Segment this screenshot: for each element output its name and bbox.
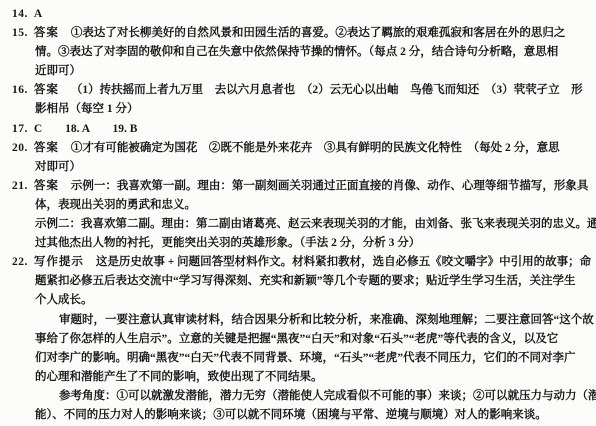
question-number: 17. [12,123,28,135]
line-q21-answer-2: 体，表现出关羽的勇武和忠义。 [12,196,588,215]
answer-label: 答案 [34,142,59,154]
answer-text: ①才有可能被确定为国花 ②既不能是外来花卉 ③具有鲜明的民族文化特性 （每处 2… [71,142,560,154]
answer-text: 的心理和潜能产生了不同的影响，致使出现了不同结果。 [35,371,323,383]
line-q22-hint-7: 的心理和潜能产生了不同的影响，致使出现了不同结果。 [12,368,588,387]
writing-hint-label: 写作提示 [34,256,84,268]
answer-text: 近即可） [35,65,81,77]
answer-text: 体，表现出关羽的勇武和忠义。 [35,199,196,211]
question-number: 20. [12,142,28,154]
answer-text: 情。③表达了对李固的敬仰和自己在失意中依然保持节操的情怀。（每点 2 分，结合诗… [35,46,558,58]
answer-label: 答案 [34,180,59,192]
answer-text: 示例一：我喜欢第一副。理由：第一副刻画关羽通过正面直接的肖像、动作、心理等细节描… [71,180,589,192]
answer-text: 这是历史故事 + 问题回答型材料作文。材料紧扣教材，选自必修五《咬文嚼字》中引用… [96,256,591,268]
line-q22-hint-3: 个人成长。 [12,291,588,310]
line-q16-answer-1: 16.答案（1）抟扶摇而上者九万里 去以六月息者也 （2）云无心以出岫 鸟倦飞而… [12,81,588,100]
question-number: 21. [12,180,28,192]
answer-label: 答案 [34,84,59,96]
line-q22-hint-5: 事给了你怎样的人生启示”。立意的关键是把握“黑夜”“白天”和对象“石头”“老虎”… [12,330,588,349]
line-q22-hint-6: 们对李广的影响。明确“黑夜”“白天”代表不同背景、环境，“石头”“老虎”代表不同… [12,349,588,368]
answer-text: A [34,8,42,20]
line-q21-answer-4: 过其他杰出人物的衬托，更能突出关羽的英雄形象。（手法 2 分，分析 3 分） [12,234,588,253]
question-number: 15. [12,27,28,39]
line-q14-answer: 14.A [12,5,588,24]
line-q20-answer-2: 对即可） [12,158,588,177]
answer-text: （1）抟扶摇而上者九万里 去以六月息者也 （2）云无心以出岫 鸟倦飞而知还 （3… [71,84,583,96]
line-q21-answer-1: 21.答案示例一：我喜欢第一副。理由：第一副刻画关羽通过正面直接的肖像、动作、心… [12,177,588,196]
question-number: 14. [12,8,28,20]
question-number: 16. [12,84,28,96]
answer-text: 题紧扣必修五后表达交流中“学习写得深刻、充实和新颖”等几个专题的要求；贴近学生学… [35,275,576,287]
line-q20-answer-1: 20.答案①才有可能被确定为国花 ②既不能是外来花卉 ③具有鲜明的民族文化特性 … [12,139,588,158]
answer-text: 审题时，一要注意认真审读材料，结合因果分析和比较分析，来准确、深刻地理解；二要注… [59,314,594,326]
answer-label: 答案 [34,27,59,39]
line-q22-hint-4: 审题时，一要注意认真审读材料，结合因果分析和比较分析，来准确、深刻地理解；二要注… [12,311,588,330]
answer-text: C 18. A 19. B [34,123,138,135]
answer-text: 对即可） [35,161,81,173]
line-q15-answer-2: 情。③表达了对李固的敬仰和自己在失意中依然保持节操的情怀。（每点 2 分，结合诗… [12,43,588,62]
line-q17-q19-answers: 17.C 18. A 19. B [12,120,588,139]
answer-text: 们对李广的影响。明确“黑夜”“白天”代表不同背景、环境，“石头”“老虎”代表不同… [35,352,576,364]
line-q22-hint-8: 参考角度：①可以就激发潜能，潜力无穷（潜能使人完成看似不可能的事）来谈；②可以就… [12,387,588,406]
answer-text: 个人成长。 [35,294,93,306]
line-q22-hint-1: 22.写作提示这是历史故事 + 问题回答型材料作文。材料紧扣教材，选自必修五《咬… [12,253,588,272]
line-q22-hint-9: 能）、不同的压力对人的影响来谈；③可以就不同环境（困境与平常、逆境与顺境）对人的… [12,406,588,425]
answer-text: ①表达了对长柳美好的自然风景和田园生活的喜爱。②表达了羁旅的艰难孤寂和客居在外的… [71,27,566,39]
line-q16-answer-2: 影相吊（每空 1 分） [12,100,588,119]
line-q15-answer-1: 15.答案①表达了对长柳美好的自然风景和田园生活的喜爱。②表达了羁旅的艰难孤寂和… [12,24,588,43]
answer-text: 能）、不同的压力对人的影响来谈；③可以就不同环境（困境与平常、逆境与顺境）对人的… [35,409,547,421]
answer-text: 示例二：我喜欢第二副。理由：第二副由诸葛亮、赵云来表现关羽的才能，由刘备、张飞来… [35,218,596,230]
answer-text: 影相吊（每空 1 分） [35,103,139,115]
line-q22-hint-2: 题紧扣必修五后表达交流中“学习写得深刻、充实和新颖”等几个专题的要求；贴近学生学… [12,272,588,291]
answer-text: 参考角度：①可以就激发潜能，潜力无穷（潜能使人完成看似不可能的事）来谈；②可以就… [59,390,596,402]
answer-text: 事给了你怎样的人生启示”。立意的关键是把握“黑夜”“白天”和对象“石头”“老虎”… [35,333,558,345]
answer-text: 过其他杰出人物的衬托，更能突出关羽的英雄形象。（手法 2 分，分析 3 分） [35,237,420,249]
line-q21-answer-3: 示例二：我喜欢第二副。理由：第二副由诸葛亮、赵云来表现关羽的才能，由刘备、张飞来… [12,215,588,234]
line-q15-answer-3: 近即可） [12,62,588,81]
answer-key-page: 14.A 15.答案①表达了对长柳美好的自然风景和田园生活的喜爱。②表达了羁旅的… [0,0,596,426]
question-number: 22. [12,256,28,268]
